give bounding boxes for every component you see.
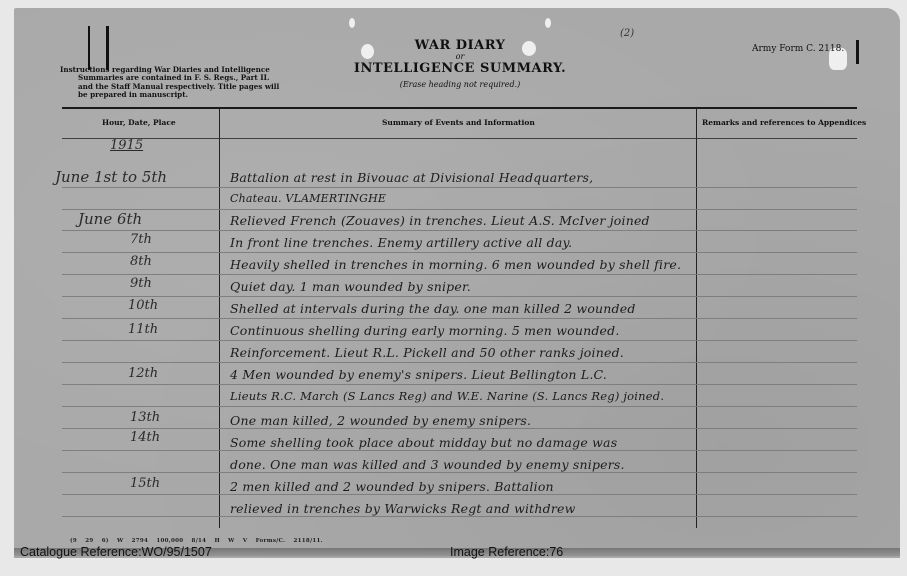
entry-text: Lieuts R.C. March (S Lancs Reg) and W.E.… <box>230 389 664 403</box>
ruled-line <box>62 362 857 363</box>
ruled-line <box>62 252 857 253</box>
entry-text: One man killed, 2 wounded by enemy snipe… <box>230 413 531 428</box>
binder-mark <box>856 40 859 64</box>
entry-date: 15th <box>130 476 160 491</box>
entry-date: 10th <box>128 298 158 313</box>
entry-date: 14th <box>130 430 160 445</box>
punch-hole <box>349 18 355 28</box>
header-bottom-rule <box>62 138 857 139</box>
title-war-diary: WAR DIARY <box>330 38 590 53</box>
entry-text: Heavily shelled in trenches in morning. … <box>230 257 681 272</box>
column-header-date: Hour, Date, Place <box>102 118 176 127</box>
ruled-line <box>62 494 857 495</box>
title-intelligence-summary: INTELLIGENCE SUMMARY. <box>330 61 590 76</box>
entry-date: 9th <box>130 276 152 291</box>
entry-text: Reinforcement. Lieut R.L. Pickell and 50… <box>230 345 624 360</box>
ruled-line <box>62 318 857 319</box>
column-header-summary: Summary of Events and Information <box>382 118 535 127</box>
binder-mark <box>88 26 90 70</box>
form-title: WAR DIARY or INTELLIGENCE SUMMARY. (Eras… <box>330 38 590 89</box>
ruled-line <box>62 406 857 407</box>
diary-year: 1915 <box>110 138 143 153</box>
entry-date: 8th <box>130 254 152 269</box>
title-note: (Erase heading not required.) <box>330 80 590 89</box>
title-or: or <box>330 53 590 61</box>
entry-text: Shelled at intervals during the day. one… <box>230 301 636 316</box>
entry-text: Quiet day. 1 man wounded by sniper. <box>230 279 471 294</box>
entry-date: June 6th <box>78 210 142 228</box>
ruled-line <box>62 296 857 297</box>
punch-hole <box>545 18 551 28</box>
entry-text: Continuous shelling during early morning… <box>230 323 620 338</box>
entry-text: 2 men killed and 2 wounded by snipers. B… <box>230 479 554 494</box>
ruled-line <box>62 450 857 451</box>
entry-text: relieved in trenches by Warwicks Regt an… <box>230 501 576 516</box>
army-form-number: Army Form C. 2118. <box>752 44 844 54</box>
entry-text: Some shelling took place about midday bu… <box>230 435 617 450</box>
entry-date: 7th <box>130 232 152 247</box>
entry-text: Battalion at rest in Bivouac at Division… <box>230 170 593 185</box>
binder-mark <box>106 26 109 70</box>
entry-text: 4 Men wounded by enemy's snipers. Lieut … <box>230 367 607 382</box>
catalogue-reference: Catalogue Reference:WO/95/1507 <box>20 545 212 559</box>
entry-text: Chateau. VLAMERTINGHE <box>230 192 386 205</box>
instructions-rest: Summaries are contained in F. S. Regs., … <box>60 74 280 99</box>
header-rule <box>62 107 857 109</box>
ruled-line <box>62 340 857 341</box>
ruled-line <box>62 428 857 429</box>
entry-text: Relieved French (Zouaves) in trenches. L… <box>230 213 650 228</box>
ruled-line <box>62 187 857 188</box>
entry-date: 11th <box>128 322 158 337</box>
ruled-line <box>62 209 857 210</box>
entry-date: June 1st to 5th <box>55 168 167 186</box>
pencil-mark: (2) <box>620 28 634 39</box>
entry-text: done. One man was killed and 3 wounded b… <box>230 457 625 472</box>
ruled-line <box>62 230 857 231</box>
image-reference: Image Reference:76 <box>450 545 563 559</box>
entry-text: In front line trenches. Enemy artillery … <box>230 235 572 250</box>
ruled-line <box>62 274 857 275</box>
ruled-line <box>62 384 857 385</box>
entry-date: 13th <box>130 410 160 425</box>
ruled-line <box>62 516 857 517</box>
instructions-text: Instructions regarding War Diaries and I… <box>60 66 280 100</box>
printer-imprint: (9 29 6) W 2794 100,000 8/14 H W V Forms… <box>70 538 323 544</box>
entry-date: 12th <box>128 366 158 381</box>
ruled-line <box>62 472 857 473</box>
column-header-remarks: Remarks and references to Appendices <box>702 118 866 127</box>
